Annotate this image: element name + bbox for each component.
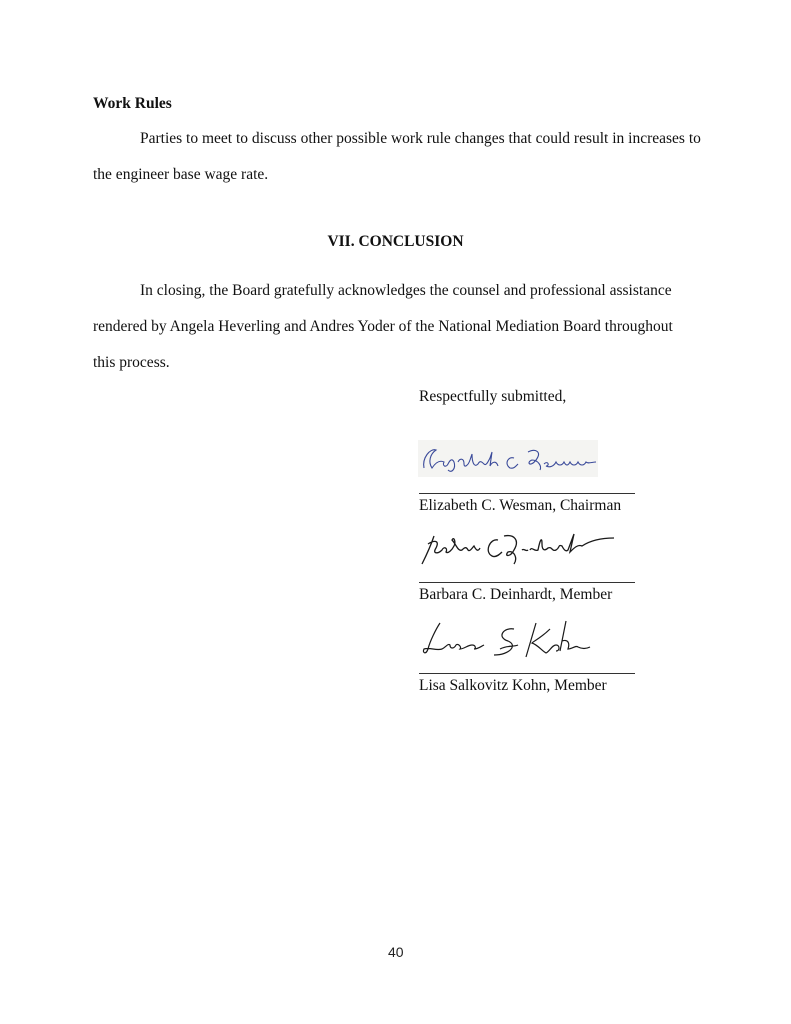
signatory-name-2: Barbara C. Deinhardt, Member bbox=[419, 586, 612, 604]
page-number: 40 bbox=[388, 944, 404, 960]
work-rules-paragraph-line-2: the engineer base wage rate. bbox=[93, 166, 268, 184]
conclusion-paragraph-line-2: rendered by Angela Heverling and Andres … bbox=[93, 318, 673, 336]
signature-image-kohn bbox=[418, 615, 598, 660]
conclusion-paragraph-line-3: this process. bbox=[93, 354, 170, 372]
closing-phrase: Respectfully submitted, bbox=[419, 388, 566, 406]
section-heading-work-rules: Work Rules bbox=[93, 95, 172, 113]
work-rules-paragraph-line-1: Parties to meet to discuss other possibl… bbox=[140, 130, 701, 148]
signature-image-deinhardt bbox=[418, 530, 618, 570]
section-heading-conclusion: VII. CONCLUSION bbox=[0, 233, 791, 251]
conclusion-paragraph-line-1: In closing, the Board gratefully acknowl… bbox=[140, 282, 672, 300]
signature-line-2 bbox=[419, 582, 635, 583]
signature-line-1 bbox=[419, 493, 635, 494]
signature-line-3 bbox=[419, 673, 635, 674]
signature-image-wesman bbox=[418, 440, 598, 477]
signatory-name-3: Lisa Salkovitz Kohn, Member bbox=[419, 677, 607, 695]
signatory-name-1: Elizabeth C. Wesman, Chairman bbox=[419, 497, 621, 515]
